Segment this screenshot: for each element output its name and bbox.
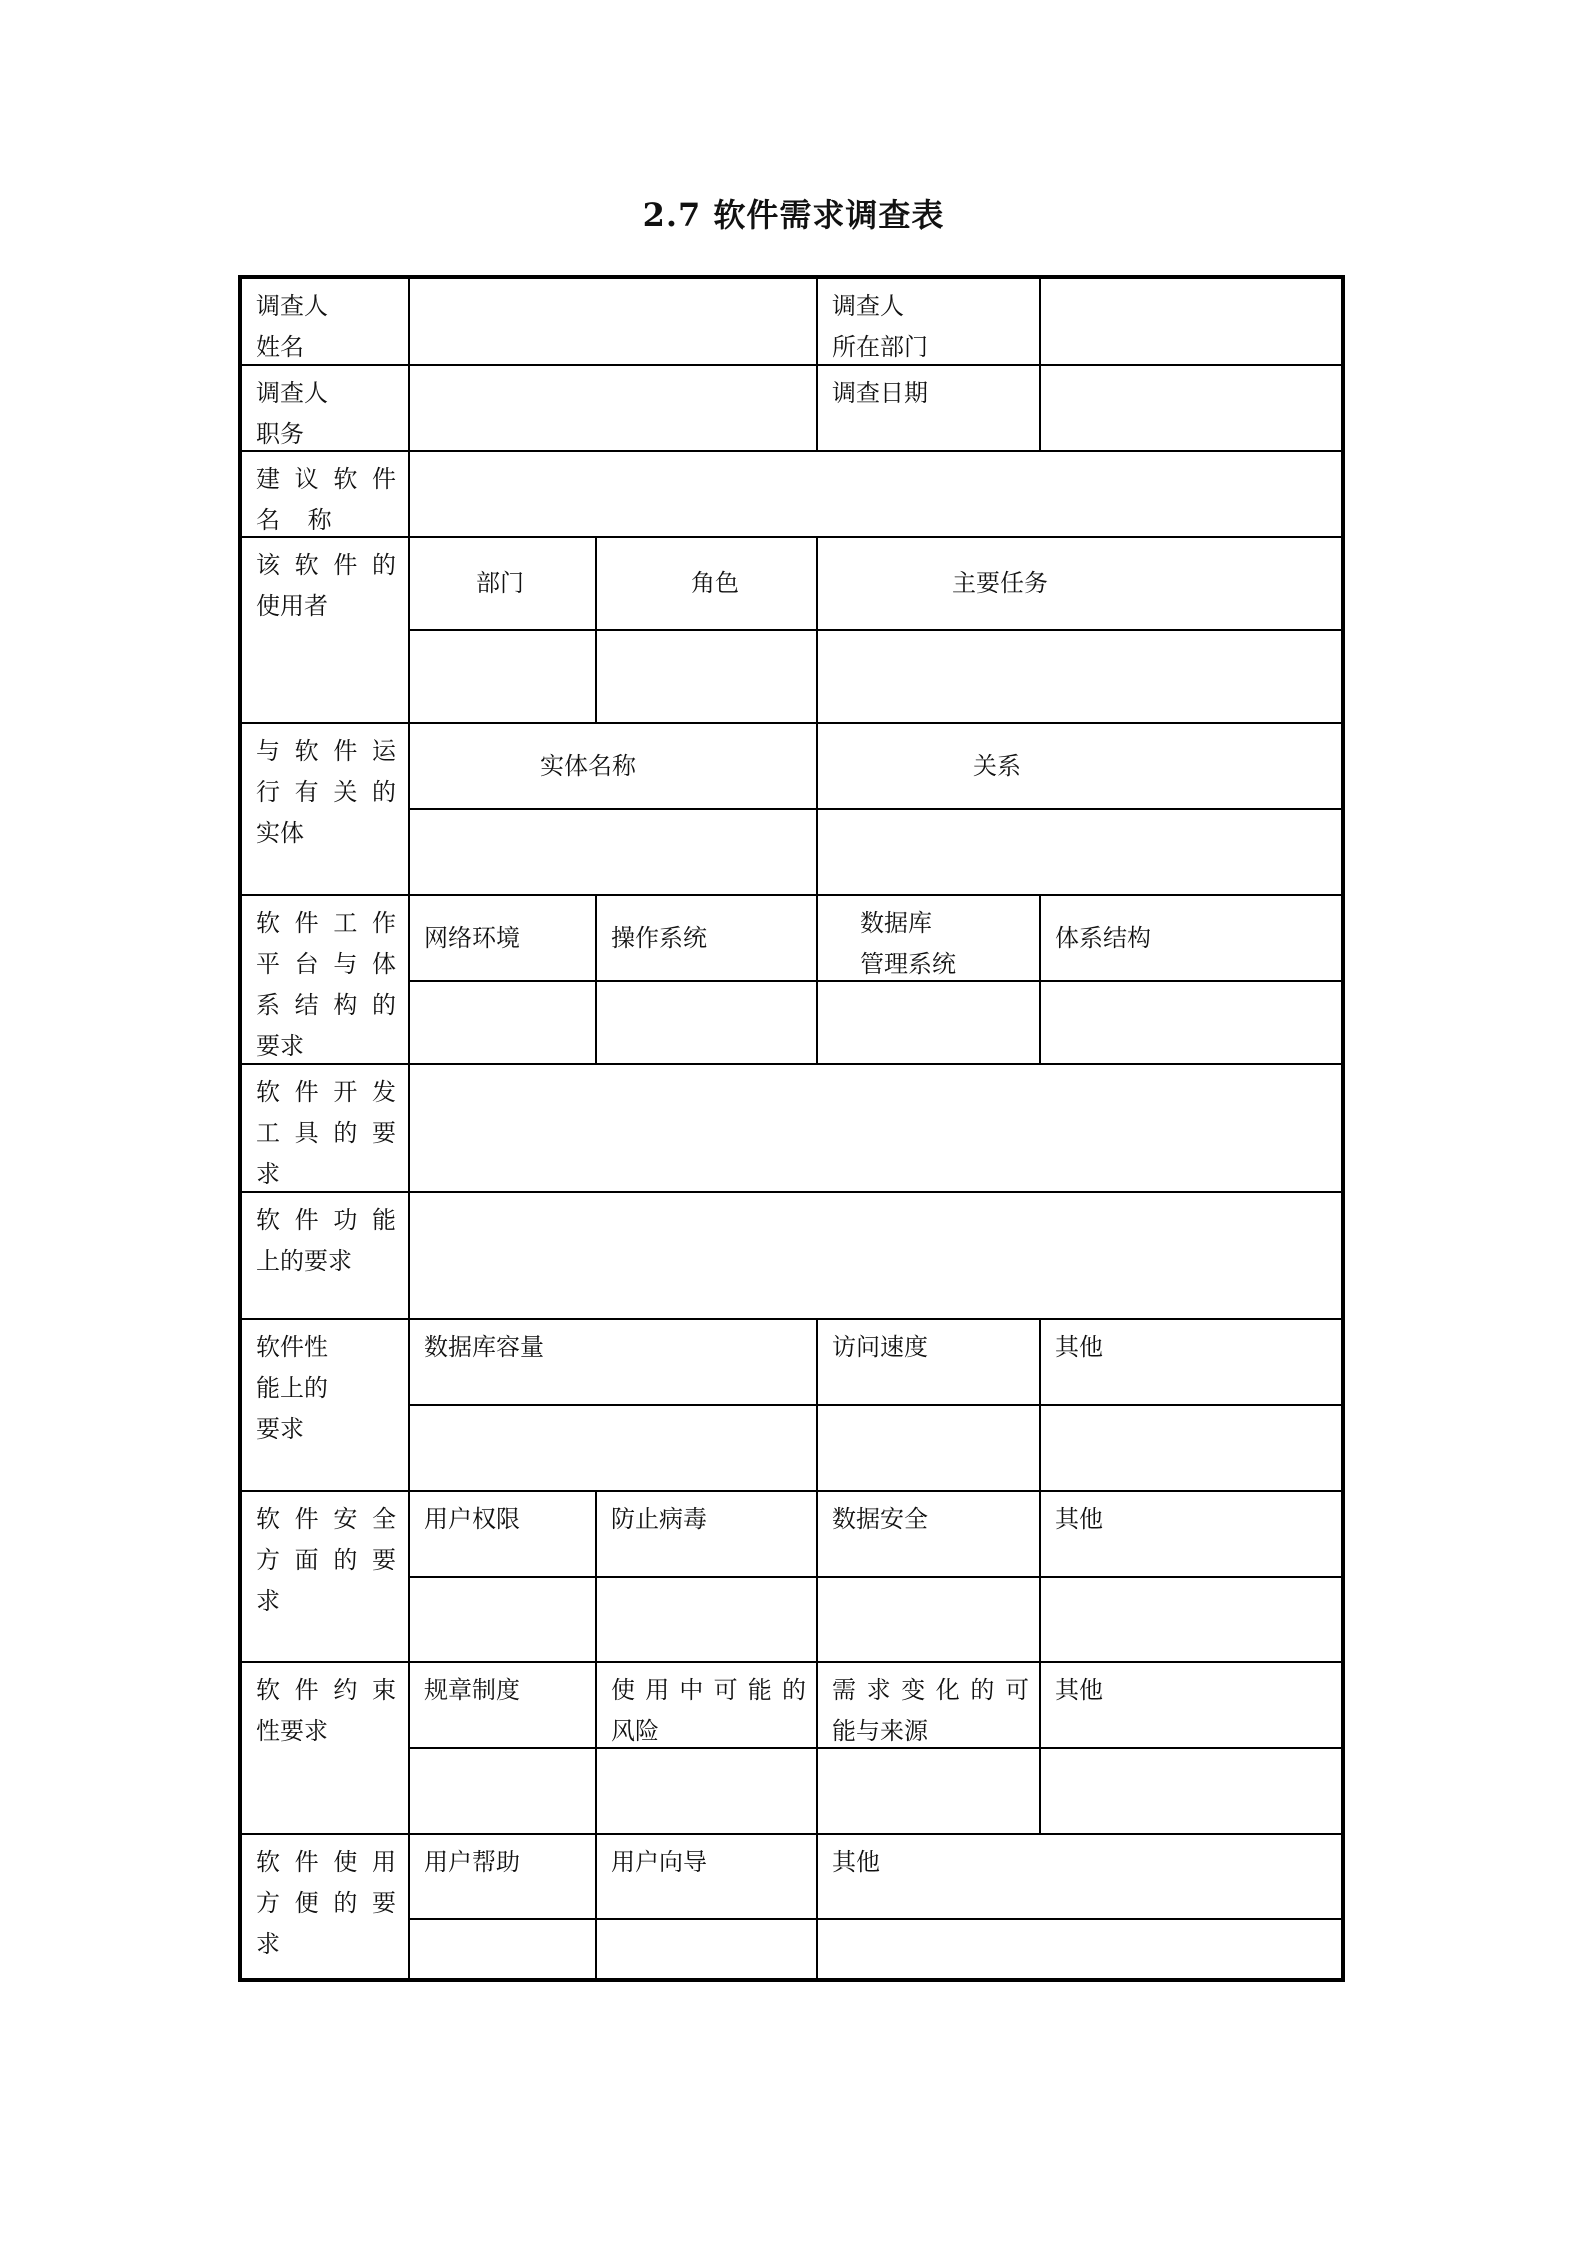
constraints-header-change: 需求变化的可 能与来源	[818, 1663, 1041, 1749]
constraints-other-field[interactable]	[1041, 1749, 1341, 1835]
users-header-task: 主要任务	[818, 538, 1341, 631]
users-dept-field[interactable]	[410, 631, 597, 724]
label-performance: 软件性 能上的 要求	[242, 1320, 410, 1492]
security-header-other: 其他	[1041, 1492, 1341, 1578]
constraints-header-other: 其他	[1041, 1663, 1341, 1749]
entities-header-relation: 关系	[818, 724, 1341, 810]
label-platform: 软件工作 平台与体 系结构的 要求	[242, 896, 410, 1065]
entity-name-field[interactable]	[410, 810, 818, 896]
usability-other-field[interactable]	[818, 1920, 1341, 1978]
label-constraints: 软件约束 性要求	[242, 1663, 410, 1835]
usability-header-help: 用户帮助	[410, 1835, 597, 1920]
users-role-field[interactable]	[597, 631, 818, 724]
dev-tools-field[interactable]	[410, 1065, 1341, 1193]
label-usability: 软件使用 方便的要 求	[242, 1835, 410, 1978]
label-surveyor-dept: 调查人 所在部门	[818, 279, 1041, 366]
security-data-security-field[interactable]	[818, 1578, 1041, 1663]
entity-relation-field[interactable]	[818, 810, 1341, 896]
users-header-role: 角色	[597, 538, 818, 631]
platform-header-network: 网络环境	[410, 896, 597, 982]
performance-header-db-capacity: 数据库容量	[410, 1320, 818, 1406]
security-header-permissions: 用户权限	[410, 1492, 597, 1578]
survey-table: 调查人 姓名 调查人 所在部门 调查人 职务 调查日期 建议软件 名 称	[238, 275, 1345, 1982]
performance-access-speed-field[interactable]	[818, 1406, 1041, 1492]
usability-help-field[interactable]	[410, 1920, 597, 1978]
platform-dbms-field[interactable]	[818, 982, 1041, 1065]
label-software-name: 建议软件 名 称	[242, 452, 410, 538]
page-title: 2.7 软件需求调查表	[0, 190, 1587, 236]
label-users: 该软件的 使用者	[242, 538, 410, 724]
performance-header-access-speed: 访问速度	[818, 1320, 1041, 1406]
usability-header-wizard: 用户向导	[597, 1835, 818, 1920]
platform-os-field[interactable]	[597, 982, 818, 1065]
label-survey-date: 调查日期	[818, 366, 1041, 452]
platform-header-architecture: 体系结构	[1041, 896, 1341, 982]
users-header-dept: 部门	[410, 538, 597, 631]
usability-header-other: 其他	[818, 1835, 1341, 1920]
surveyor-title-field[interactable]	[410, 366, 818, 452]
constraints-regulations-field[interactable]	[410, 1749, 597, 1835]
usability-wizard-field[interactable]	[597, 1920, 818, 1978]
constraints-header-risk: 使用中可能的 风险	[597, 1663, 818, 1749]
label-surveyor-title: 调查人 职务	[242, 366, 410, 452]
label-entities: 与软件运 行有关的 实体	[242, 724, 410, 896]
performance-other-field[interactable]	[1041, 1406, 1341, 1492]
surveyor-name-field[interactable]	[410, 279, 818, 366]
constraints-header-regulations: 规章制度	[410, 1663, 597, 1749]
survey-date-field[interactable]	[1041, 366, 1341, 452]
label-security: 软件安全 方面的要 求	[242, 1492, 410, 1663]
functional-field[interactable]	[410, 1193, 1341, 1320]
software-name-field[interactable]	[410, 452, 1341, 538]
constraints-change-field[interactable]	[818, 1749, 1041, 1835]
security-header-antivirus: 防止病毒	[597, 1492, 818, 1578]
security-antivirus-field[interactable]	[597, 1578, 818, 1663]
constraints-risk-field[interactable]	[597, 1749, 818, 1835]
entities-header-name: 实体名称	[410, 724, 818, 810]
security-header-data-security: 数据安全	[818, 1492, 1041, 1578]
surveyor-dept-field[interactable]	[1041, 279, 1341, 366]
label-surveyor-name: 调查人 姓名	[242, 279, 410, 366]
platform-header-dbms: 数据库 管理系统	[818, 896, 1041, 982]
security-permissions-field[interactable]	[410, 1578, 597, 1663]
performance-header-other: 其他	[1041, 1320, 1341, 1406]
users-task-field[interactable]	[818, 631, 1341, 724]
performance-db-capacity-field[interactable]	[410, 1406, 818, 1492]
security-other-field[interactable]	[1041, 1578, 1341, 1663]
label-functional: 软件功能 上的要求	[242, 1193, 410, 1320]
platform-network-field[interactable]	[410, 982, 597, 1065]
platform-architecture-field[interactable]	[1041, 982, 1341, 1065]
platform-header-os: 操作系统	[597, 896, 818, 982]
label-dev-tools: 软件开发 工具的要 求	[242, 1065, 410, 1193]
